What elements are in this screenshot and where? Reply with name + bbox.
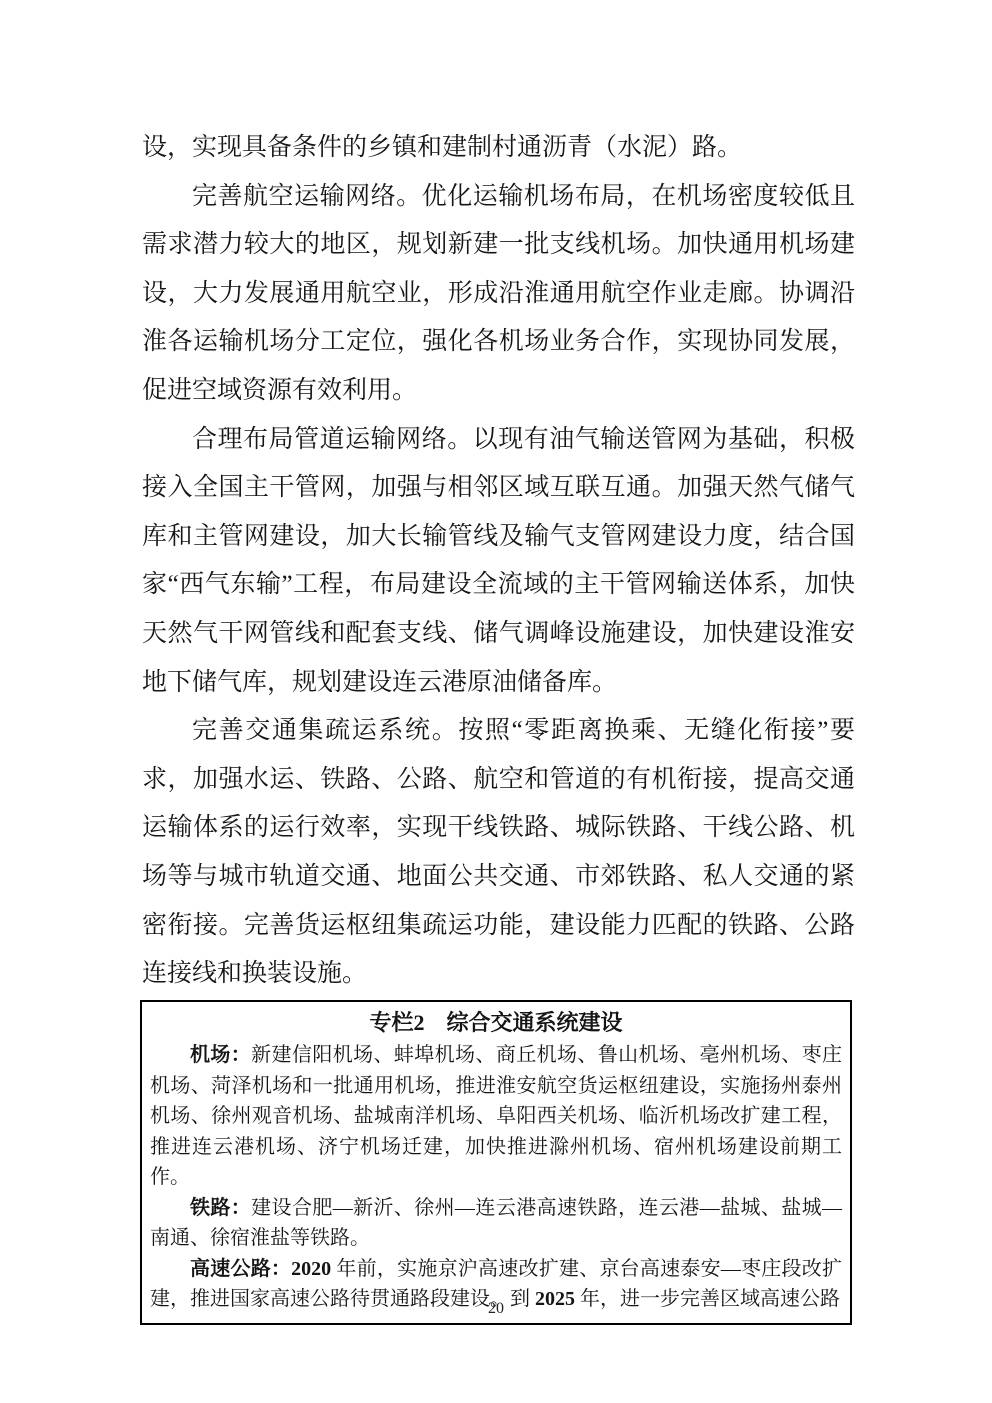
item-label-railways: 铁路：	[190, 1197, 251, 1219]
item-text-airports: 新建信阳机场、蚌埠机场、商丘机场、鲁山机场、亳州机场、枣庄机场、菏泽机场和一批通…	[150, 1044, 842, 1188]
document-page: { "document": { "paragraphs": [ { "text"…	[0, 0, 992, 1403]
item-label-airports: 机场：	[190, 1044, 251, 1066]
body-paragraph-aviation: 完善航空运输网络。优化运输机场布局，在机场密度较低且需求潜力较大的地区，规划新建…	[142, 173, 855, 416]
body-paragraph-continuation: 设，实现具备条件的乡镇和建制村通沥青（水泥）路。	[142, 124, 855, 173]
body-text-block: 设，实现具备条件的乡镇和建制村通沥青（水泥）路。 完善航空运输网络。优化运输机场…	[142, 124, 855, 999]
column-box-title: 专栏2 综合交通系统建设	[150, 1006, 842, 1040]
item-text-railways: 建设合肥—新沂、徐州—连云港高速铁路，连云港—盐城、盐城—南通、徐宿淮盐等铁路。	[150, 1197, 842, 1250]
body-paragraph-transport-hub: 完善交通集疏运系统。按照“零距离换乘、无缝化衔接”要求，加强水运、铁路、公路、航…	[142, 707, 855, 999]
item-label-expressways: 高速公路：	[190, 1258, 291, 1280]
column-box-transport-construction: 专栏2 综合交通系统建设 机场：新建信阳机场、蚌埠机场、商丘机场、鲁山机场、亳州…	[140, 1000, 852, 1325]
body-paragraph-pipeline: 合理布局管道运输网络。以现有油气输送管网为基础，积极接入全国主干管网，加强与相邻…	[142, 416, 855, 708]
column-box-item-airports: 机场：新建信阳机场、蚌埠机场、商丘机场、鲁山机场、亳州机场、枣庄机场、菏泽机场和…	[150, 1040, 842, 1193]
page-number: 20	[0, 1298, 992, 1320]
item-year-2020: 2020	[291, 1258, 331, 1280]
column-box-item-railways: 铁路：建设合肥—新沂、徐州—连云港高速铁路，连云港—盐城、盐城—南通、徐宿淮盐等…	[150, 1193, 842, 1254]
